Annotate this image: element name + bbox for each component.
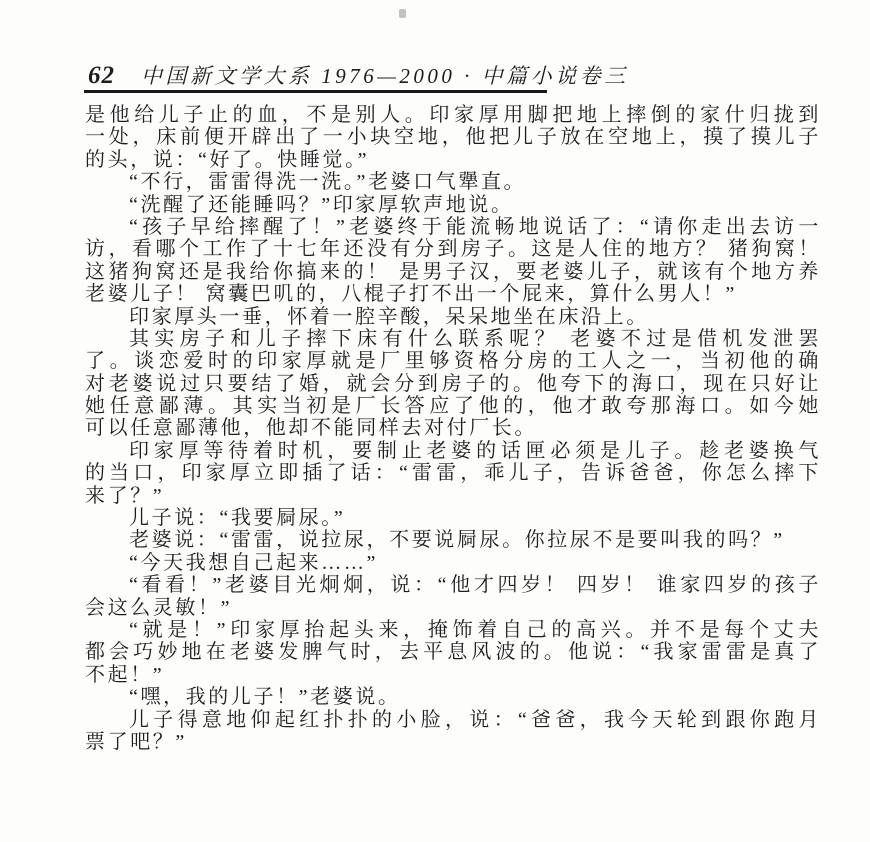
text-line: 对老婆说过只要结了婚，就会分到房子的。他夸下的海口，现在只好让 bbox=[85, 373, 821, 395]
text-line: 这猪狗窝还是我给你搞来的！ 是男子汉，要老婆儿子，就该有个地方养 bbox=[85, 261, 821, 283]
text-line: “不行，雷雷得洗一洗。”老婆口气犟直。 bbox=[85, 171, 821, 193]
text-line: 的当口，印家厚立即插了话：“雷雷，乖儿子，告诉爸爸，你怎么摔下 bbox=[85, 462, 821, 484]
text-line: 老婆说：“雷雷，说拉尿，不要说屙尿。你拉尿不是要叫我的吗？” bbox=[85, 529, 821, 551]
text-line: 一处，床前便开辟出了一小块空地，他把儿子放在空地上，摸了摸儿子 bbox=[85, 126, 821, 148]
text-line: 她任意鄙薄。其实当初是厂长答应了他的，他才敢夸那海口。如今她 bbox=[85, 395, 821, 417]
text-line: 老婆儿子！ 窝囊巴叽的，八棍子打不出一个屁来，算什么男人！” bbox=[85, 283, 821, 305]
text-line: “就是！”印家厚抬起头来，掩饰着自己的高兴。并不是每个丈夫 bbox=[85, 619, 821, 641]
scan-speck bbox=[399, 9, 406, 18]
text-line: “嘿，我的儿子！”老婆说。 bbox=[85, 686, 821, 708]
text-line: 的头，说：“好了。快睡觉。” bbox=[85, 149, 821, 171]
text-line: 访，看哪个工作了十七年还没有分到房子。这是人住的地方？ 猪狗窝！ bbox=[85, 238, 821, 260]
text-line: 是他给儿子止的血，不是别人。印家厚用脚把地上摔倒的家什归拢到 bbox=[85, 104, 821, 126]
body-text: 是他给儿子止的血，不是别人。印家厚用脚把地上摔倒的家什归拢到一处，床前便开辟出了… bbox=[85, 104, 821, 753]
book-page: 62 中国新文学大系 1976—2000 · 中篇小说卷三 是他给儿子止的血，不… bbox=[0, 0, 870, 842]
text-line: 了。谈恋爱时的印家厚就是厂里够资格分房的工人之一，当初他的确 bbox=[85, 350, 821, 372]
text-line: 儿子说：“我要屙尿。” bbox=[85, 507, 821, 529]
text-line: 儿子得意地仰起红扑扑的小脸，说：“爸爸，我今天轮到跟你跑月 bbox=[85, 709, 821, 731]
text-line: “洗醒了还能睡吗？”印家厚软声地说。 bbox=[85, 194, 821, 216]
text-line: 票了吧？” bbox=[85, 731, 821, 753]
text-line: “孩子早给摔醒了！”老婆终于能流畅地说话了：“请你走出去访一 bbox=[85, 216, 821, 238]
text-line: 印家厚头一垂，怀着一腔辛酸，呆呆地坐在床沿上。 bbox=[85, 306, 821, 328]
text-line: 来了？” bbox=[85, 485, 821, 507]
text-line: “今天我想自己起来……” bbox=[85, 552, 821, 574]
text-line: “看看！”老婆目光炯炯，说：“他才四岁！ 四岁！ 谁家四岁的孩子 bbox=[85, 574, 821, 596]
running-header: 62 中国新文学大系 1976—2000 · 中篇小说卷三 bbox=[88, 60, 629, 90]
text-line: 会这么灵敏！” bbox=[85, 597, 821, 619]
header-title: 中国新文学大系 1976—2000 · 中篇小说卷三 bbox=[141, 60, 629, 90]
text-line: 可以任意鄙薄他，他却不能同样去对付厂长。 bbox=[85, 417, 821, 439]
text-line: 其实房子和儿子摔下床有什么联系呢？ 老婆不过是借机发泄罢 bbox=[85, 328, 821, 350]
text-line: 不起！” bbox=[85, 664, 821, 686]
header-underline bbox=[84, 90, 547, 93]
text-line: 印家厚等待着时机，要制止老婆的话匣必须是儿子。趁老婆换气 bbox=[85, 440, 821, 462]
text-line: 都会巧妙地在老婆发脾气时，去平息风波的。他说：“我家雷雷是真了 bbox=[85, 641, 821, 663]
page-number: 62 bbox=[88, 62, 115, 90]
